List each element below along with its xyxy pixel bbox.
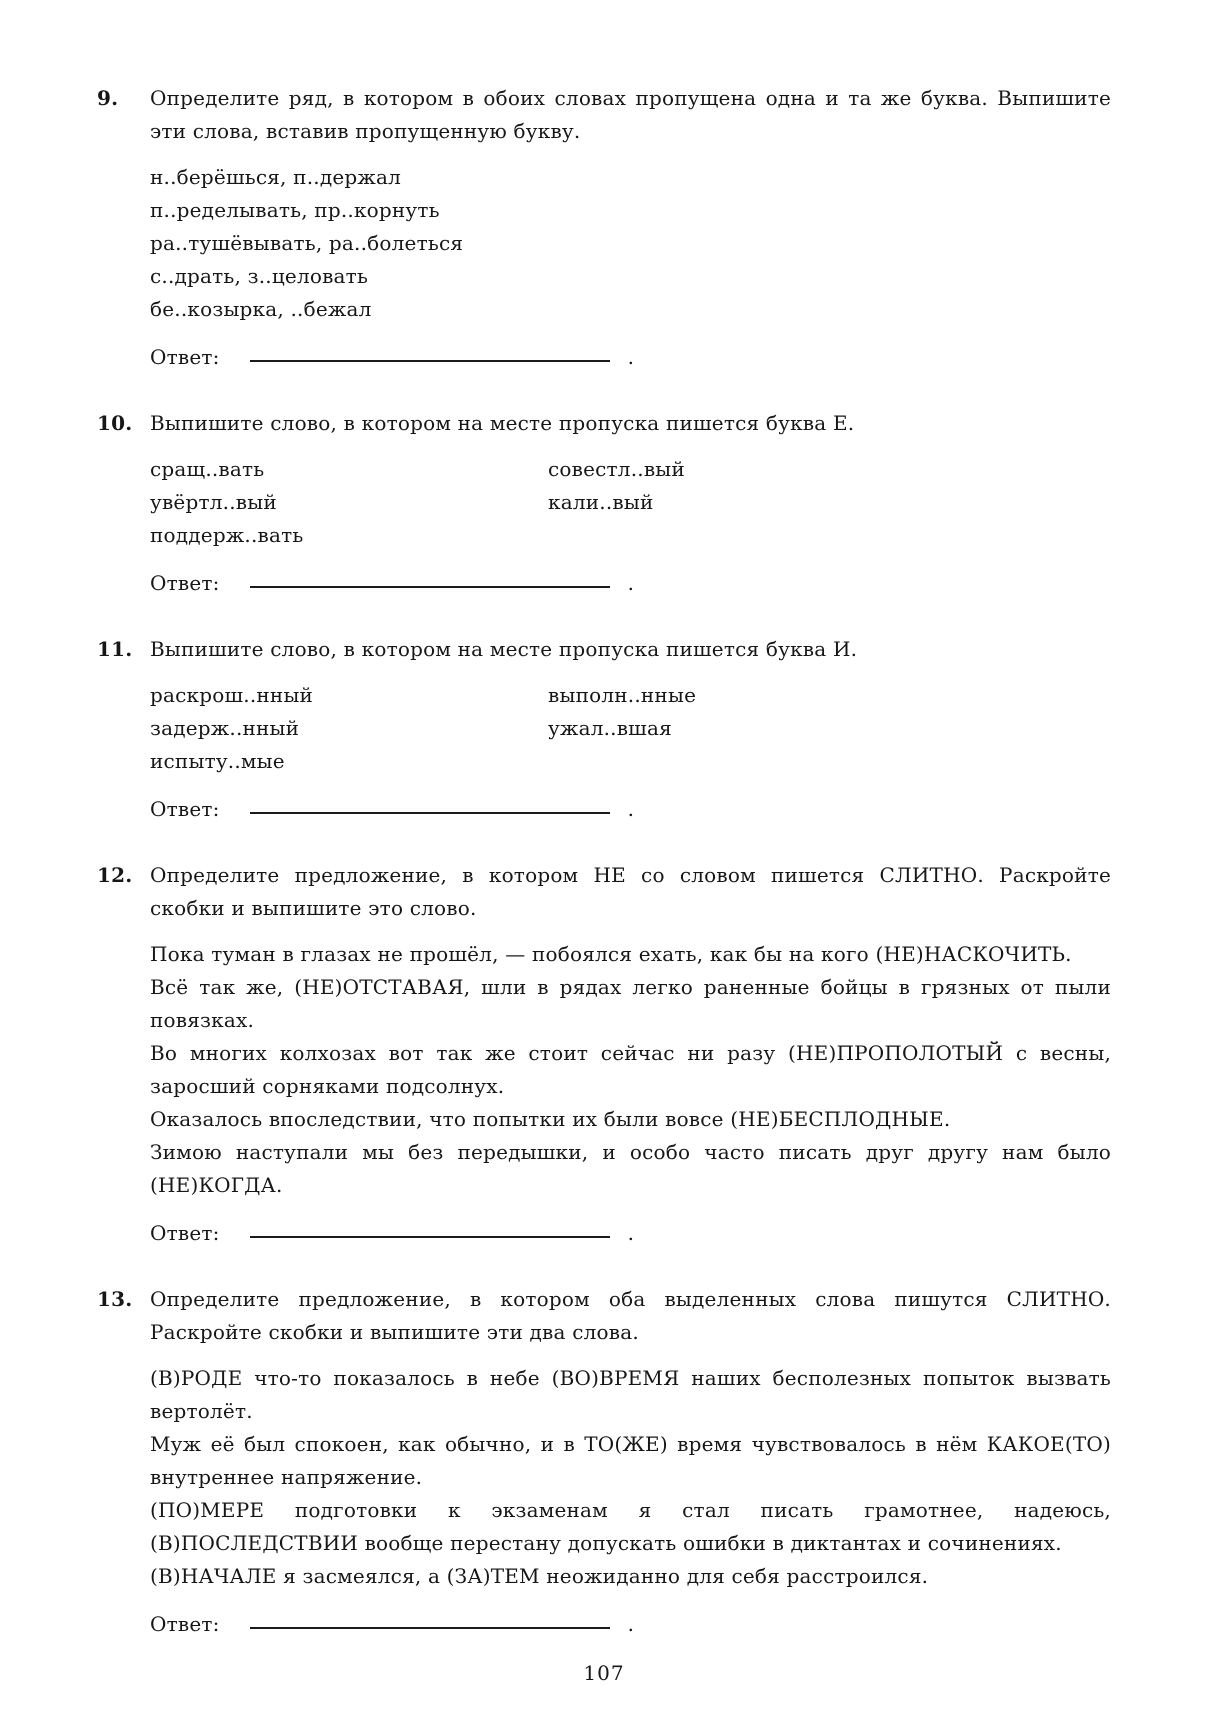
answer-period: . [628, 340, 635, 374]
question-10-body: Выпишите слово, в котором на месте пропу… [150, 407, 1111, 600]
question-11-prompt: Выпишите слово, в котором на месте пропу… [150, 633, 1111, 666]
answer-label: Ответ: [150, 566, 220, 600]
question-13-sentences: (В)РОДЕ что-то показалось в небе (ВО)ВРЕ… [150, 1362, 1111, 1593]
answer-period: . [628, 1607, 635, 1641]
question-9: 9. Определите ряд, в котором в обоих сло… [97, 82, 1111, 374]
answer-blank-line [250, 358, 610, 362]
question-13-number: 13. [97, 1283, 150, 1316]
option-word: выполн..нные [548, 679, 696, 712]
option-word: увёртл..вый [150, 486, 548, 519]
question-12: 12. Определите предложение, в котором НЕ… [97, 859, 1111, 1250]
question-10-prompt: Выпишите слово, в котором на месте пропу… [150, 407, 1111, 440]
answer-label: Ответ: [150, 1216, 220, 1250]
question-12-body: Определите предложение, в котором НЕ со … [150, 859, 1111, 1250]
question-11: 11. Выпишите слово, в котором на месте п… [97, 633, 1111, 826]
option-word: бе..козырка, ..бежал [150, 293, 1111, 326]
option-word: н..берёшься, п..держал [150, 161, 1111, 194]
answer-label: Ответ: [150, 792, 220, 826]
options-right-column: выполн..нные ужал..вшая [548, 679, 696, 778]
question-11-body: Выпишите слово, в котором на месте пропу… [150, 633, 1111, 826]
option-word: ужал..вшая [548, 712, 696, 745]
question-9-number: 9. [97, 82, 150, 115]
option-word: п..ределывать, пр..корнуть [150, 194, 1111, 227]
sentence: Во многих колхозах вот так же стоит сейч… [150, 1037, 1111, 1103]
option-word: сращ..вать [150, 453, 548, 486]
answer-blank-line [250, 584, 610, 588]
answer-period: . [628, 792, 635, 826]
question-10: 10. Выпишите слово, в котором на месте п… [97, 407, 1111, 600]
option-word: раскрош..нный [150, 679, 548, 712]
option-word: поддерж..вать [150, 519, 548, 552]
sentence: (В)НАЧАЛЕ я засмеялся, а (ЗА)ТЕМ неожида… [150, 1560, 1111, 1593]
answer-period: . [628, 566, 635, 600]
question-12-answer-row: Ответ:. [150, 1216, 1111, 1250]
answer-label: Ответ: [150, 340, 220, 374]
question-13-body: Определите предложение, в котором оба вы… [150, 1283, 1111, 1641]
answer-blank-line [250, 1234, 610, 1238]
answer-blank-line [250, 1625, 610, 1629]
option-word: задерж..нный [150, 712, 548, 745]
question-9-body: Определите ряд, в котором в обоих словах… [150, 82, 1111, 374]
answer-label: Ответ: [150, 1607, 220, 1641]
question-10-answer-row: Ответ:. [150, 566, 1111, 600]
question-11-number: 11. [97, 633, 150, 666]
sentence: Оказалось впоследствии, что попытки их б… [150, 1103, 1111, 1136]
question-9-prompt: Определите ряд, в котором в обоих словах… [150, 82, 1111, 148]
options-left-column: сращ..вать увёртл..вый поддерж..вать [150, 453, 548, 552]
option-word: ра..тушёвывать, ра..болеться [150, 227, 1111, 260]
question-11-options: раскрош..нный задерж..нный испыту..мые в… [150, 679, 1111, 778]
option-word: кали..вый [548, 486, 685, 519]
question-13-answer-row: Ответ:. [150, 1607, 1111, 1641]
question-10-options: сращ..вать увёртл..вый поддерж..вать сов… [150, 453, 1111, 552]
question-11-answer-row: Ответ:. [150, 792, 1111, 826]
sentence: (ПО)МЕРЕ подготовки к экзаменам я стал п… [150, 1494, 1111, 1560]
question-13-prompt: Определите предложение, в котором оба вы… [150, 1283, 1111, 1349]
sentence: Муж её был спокоен, как обычно, и в ТО(Ж… [150, 1428, 1111, 1494]
question-12-sentences: Пока туман в глазах не прошёл, — побоялс… [150, 938, 1111, 1202]
option-word: с..драть, з..целовать [150, 260, 1111, 293]
question-9-options: н..берёшься, п..держал п..ределывать, пр… [150, 161, 1111, 326]
answer-period: . [628, 1216, 635, 1250]
option-word: испыту..мые [150, 745, 548, 778]
sentence: Всё так же, (НЕ)ОТСТАВАЯ, шли в рядах ле… [150, 971, 1111, 1037]
sentence: Зимою наступали мы без передышки, и особ… [150, 1136, 1111, 1202]
page-number: 107 [97, 1657, 1111, 1690]
question-9-answer-row: Ответ:. [150, 340, 1111, 374]
exam-page: 9. Определите ряд, в котором в обоих сло… [0, 0, 1229, 1712]
question-10-number: 10. [97, 407, 150, 440]
option-word: совестл..вый [548, 453, 685, 486]
question-13: 13. Определите предложение, в котором об… [97, 1283, 1111, 1641]
question-12-number: 12. [97, 859, 150, 892]
options-right-column: совестл..вый кали..вый [548, 453, 685, 552]
options-left-column: раскрош..нный задерж..нный испыту..мые [150, 679, 548, 778]
answer-blank-line [250, 810, 610, 814]
sentence: (В)РОДЕ что-то показалось в небе (ВО)ВРЕ… [150, 1362, 1111, 1428]
sentence: Пока туман в глазах не прошёл, — побоялс… [150, 938, 1111, 971]
question-12-prompt: Определите предложение, в котором НЕ со … [150, 859, 1111, 925]
